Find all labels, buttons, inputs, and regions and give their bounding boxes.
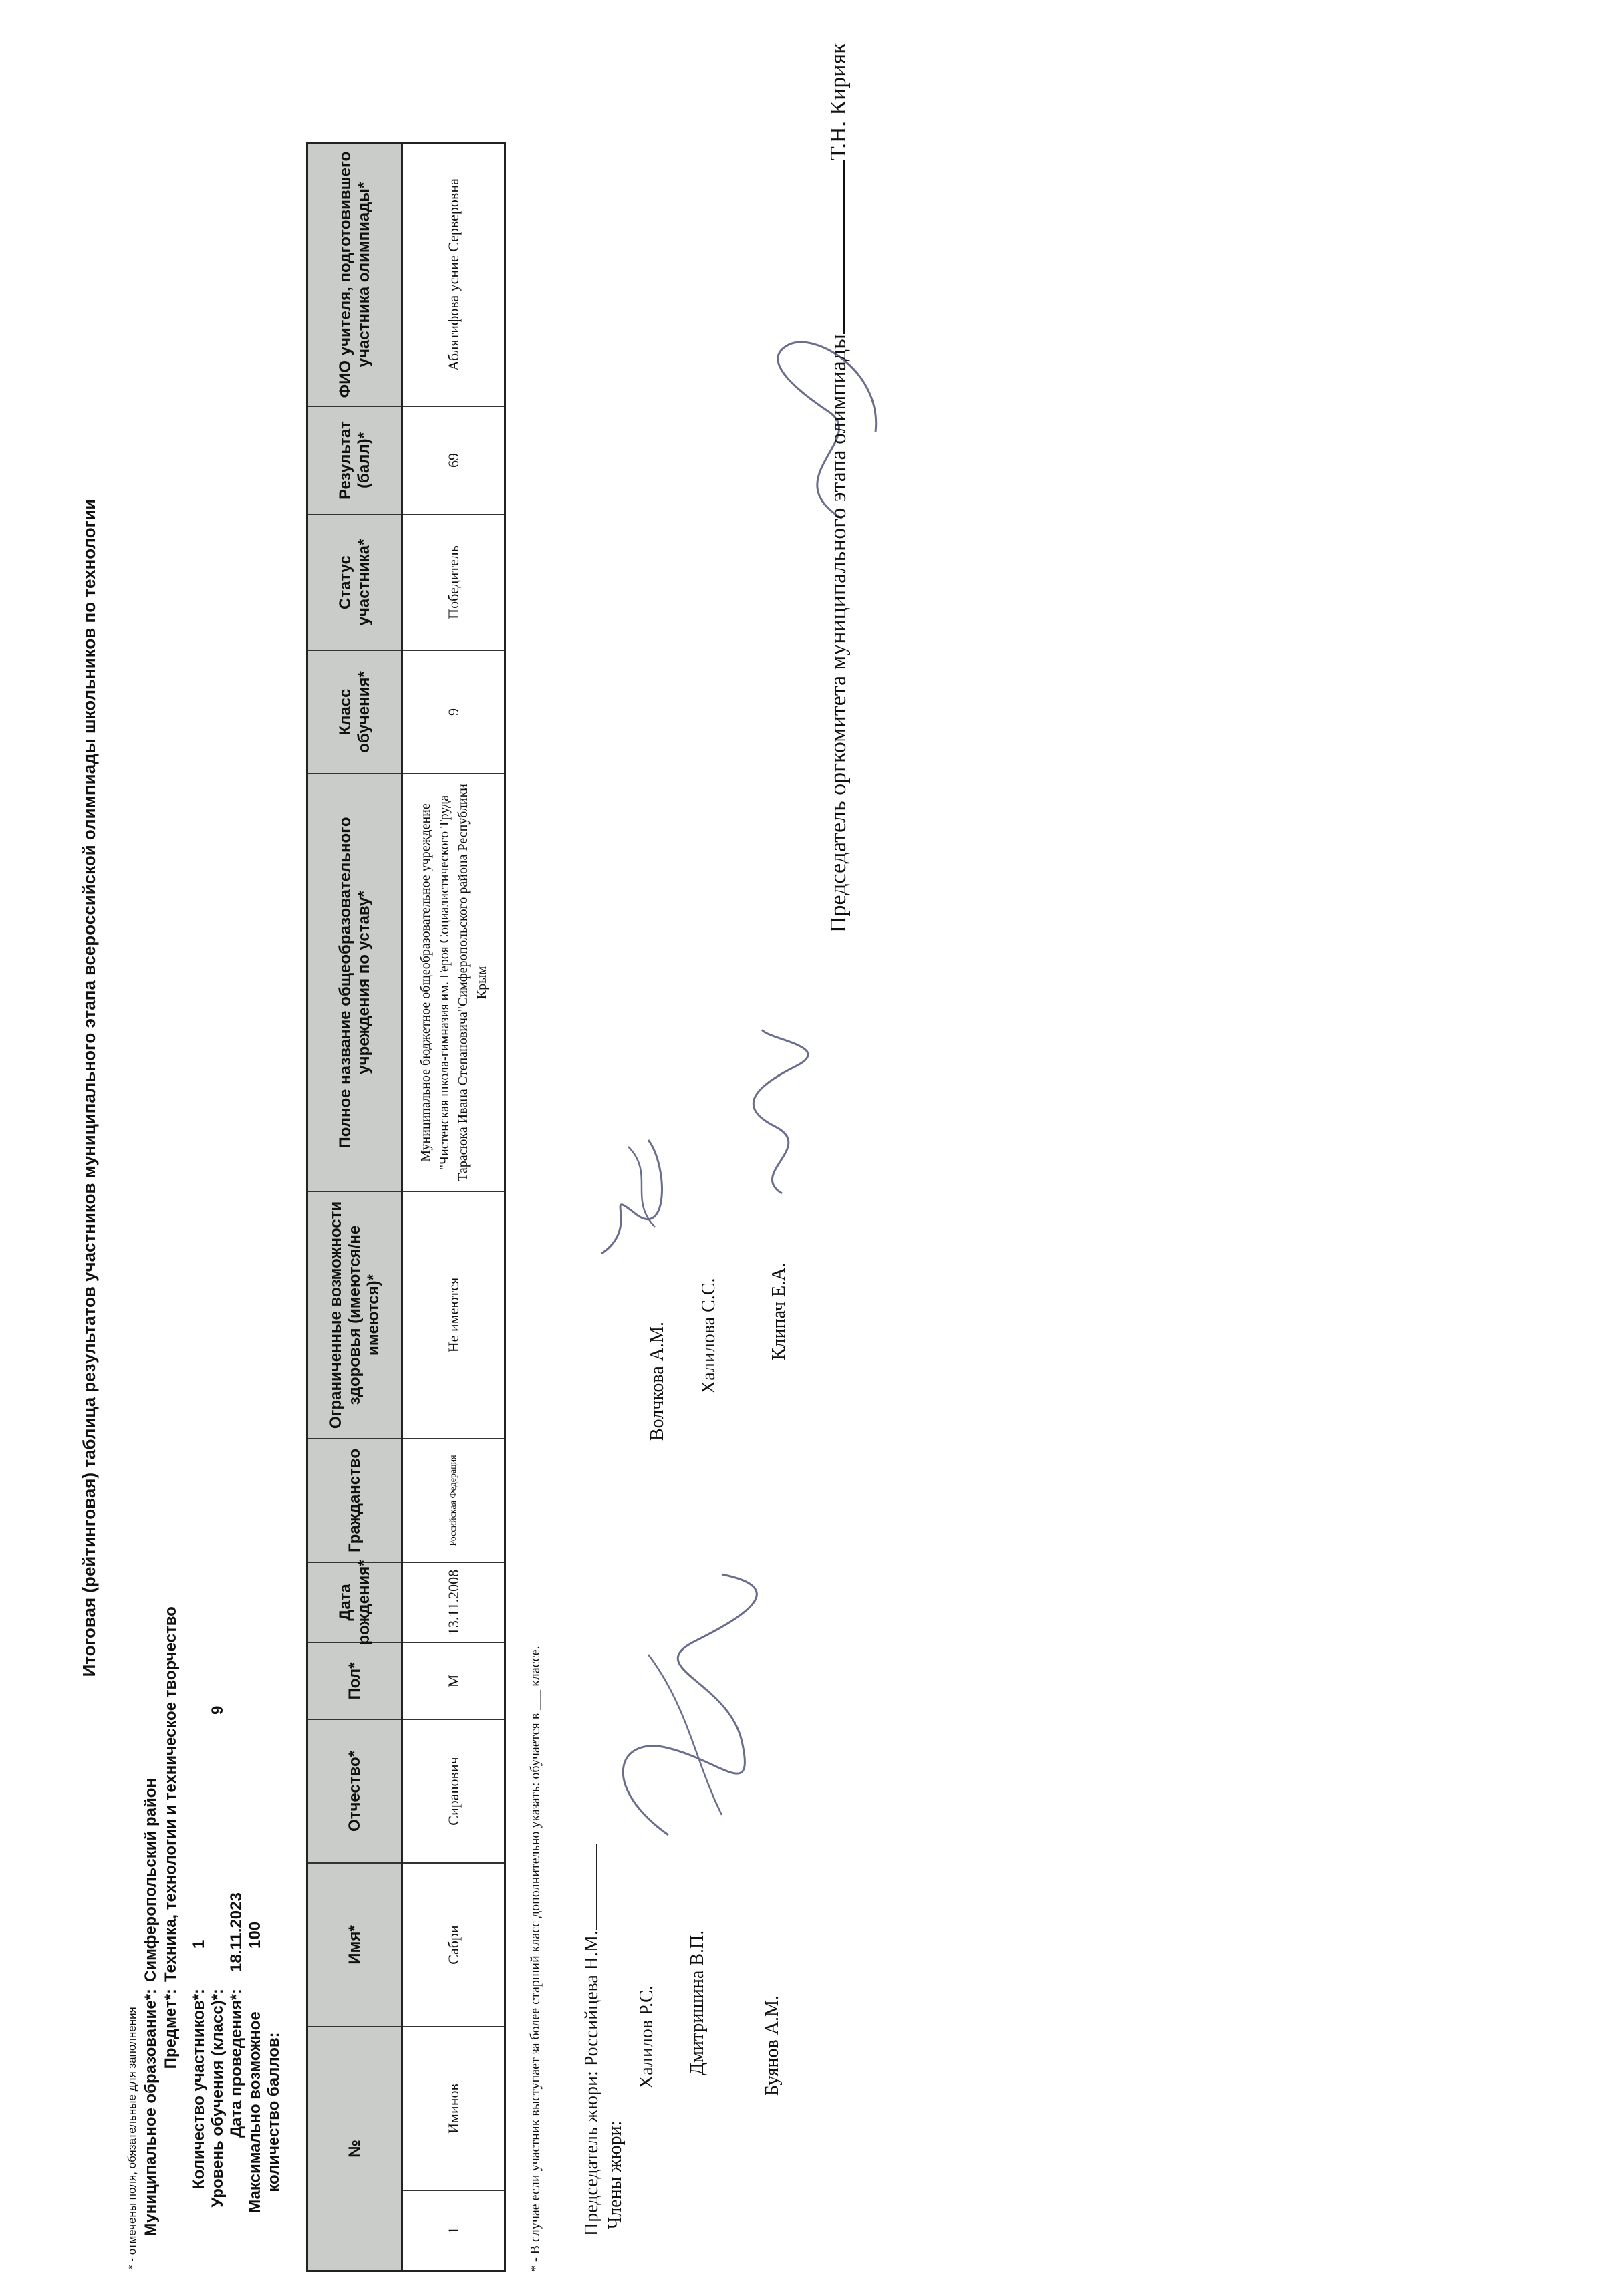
orgcommittee-signoff: Председатель оргкомитета муниципального … [823, 43, 851, 933]
meta-label: Уровень обучения (класс)*: [209, 1989, 227, 2296]
jury-member: Клипач Е.А. [769, 1263, 790, 1360]
jury-member: Халилов Р.С. [636, 1985, 658, 2089]
meta-participants-value: 1 [190, 1940, 209, 1949]
meta-max-score-value: 100 [246, 1922, 265, 1949]
meta-municipality-label: Муниципальное образование*: [142, 1989, 162, 2296]
meta-label: Предмет*: [162, 1989, 180, 2296]
cell-num: 1 [403, 2190, 504, 2270]
cell-school: Муниципальное бюджетное общеобразователь… [403, 773, 504, 1191]
cell-sex: М [403, 1642, 504, 1719]
signature-klipach [742, 1026, 825, 1200]
signature-volchkova [588, 1133, 685, 1267]
signature-line [823, 160, 845, 334]
header-health: Ограниченные возможности здоровья (имеют… [308, 1191, 401, 1438]
jury-chair-label: Председатель жюри: Российцева Н.М. [581, 1930, 602, 2236]
header-teacher: ФИО учителя, подготовившего участника ол… [308, 144, 401, 406]
document-title: Итоговая (рейтинговая) таблица результат… [79, 0, 100, 2296]
orgcommittee-name: Т.Н. Кирияк [826, 43, 851, 160]
cell-name: Сабри [403, 1862, 504, 2026]
cell-citizenship: Российская Федерация [403, 1438, 504, 1562]
header-citizenship: Гражданство [308, 1438, 401, 1562]
meta-date-value: 18.11.2023 [227, 1892, 246, 1972]
orgcommittee-label: Председатель оргкомитета муниципального … [826, 334, 851, 933]
signature-line [580, 1844, 597, 1930]
cell-health: Не имеются [403, 1191, 504, 1438]
signature-chair [588, 1561, 805, 1842]
jury-chair: Председатель жюри: Российцева Н.М. [580, 1844, 603, 2236]
cell-score: 69 [403, 406, 504, 514]
footnote: * - В случае если участник выступает за … [528, 1646, 543, 2272]
meta-subject-value: Техника, технологии и техническое творче… [162, 1606, 180, 1982]
meta-label: Дата проведения*: [227, 1989, 246, 2296]
cell-patronymic: Сирanoвич [403, 1719, 504, 1862]
jury-member: Волчкова А.М. [647, 1322, 668, 1441]
header-score: Результат (балл)* [308, 406, 401, 514]
header-num: № [308, 2026, 401, 2270]
metadata-block: Муниципальное образование*: Симферопольс… [142, 1494, 289, 2296]
header-sex: Пол* [308, 1642, 401, 1719]
header-name: Имя* [308, 1862, 401, 2026]
jury-member: Буянов А.М. [762, 1995, 783, 2096]
meta-participants-label: Количество участников*: [190, 1989, 210, 2296]
header-patronymic: Отчество* [308, 1719, 401, 1862]
table-header-row: № Имя* Отчество* Пол* Дата рождения* Гра… [308, 144, 403, 2270]
meta-grade-label: Уровень обучения (класс)*: [209, 1989, 229, 2296]
cell-grade: 9 [403, 650, 504, 773]
meta-subject-label: Предмет*: [162, 1989, 182, 2296]
required-fields-note: * - отмечены поля, обязательные для запо… [126, 2007, 139, 2269]
meta-grade-value: 9 [209, 1706, 227, 1715]
cell-birth-date: 13.11.2008 [403, 1562, 504, 1642]
cell-teacher: Аблятифова усние Серверовна [403, 144, 504, 406]
document-page: Итоговая (рейтинговая) таблица результат… [0, 0, 1610, 2296]
jury-members-label: Члены жюри: [605, 2121, 626, 2229]
jury-member: Халилова С.С. [698, 1278, 720, 1394]
header-school: Полное название общеобразовательного учр… [308, 773, 401, 1191]
cell-surname: Иминов [403, 2026, 504, 2190]
meta-max-score-label: Максимально возможное количество баллов: [246, 1982, 283, 2243]
header-birth-date: Дата рождения* [308, 1562, 401, 1642]
meta-label: Количество участников*: [190, 1989, 209, 2296]
meta-label: Муниципальное образование*: [142, 1989, 160, 2296]
jury-member: Дмитришина В.П. [687, 1930, 708, 2075]
header-status: Статус участника* [308, 514, 401, 650]
results-table: № Имя* Отчество* Пол* Дата рождения* Гра… [306, 142, 506, 2272]
meta-municipality-value: Симферопольский район [142, 1778, 160, 1982]
meta-date-label: Дата проведения*: [227, 1989, 247, 2296]
cell-status: Победитель [403, 514, 504, 650]
table-row: 1 Иминов Сабри Сирanoвич М 13.11.2008 Ро… [403, 144, 504, 2270]
header-grade: Класс обучения* [308, 650, 401, 773]
